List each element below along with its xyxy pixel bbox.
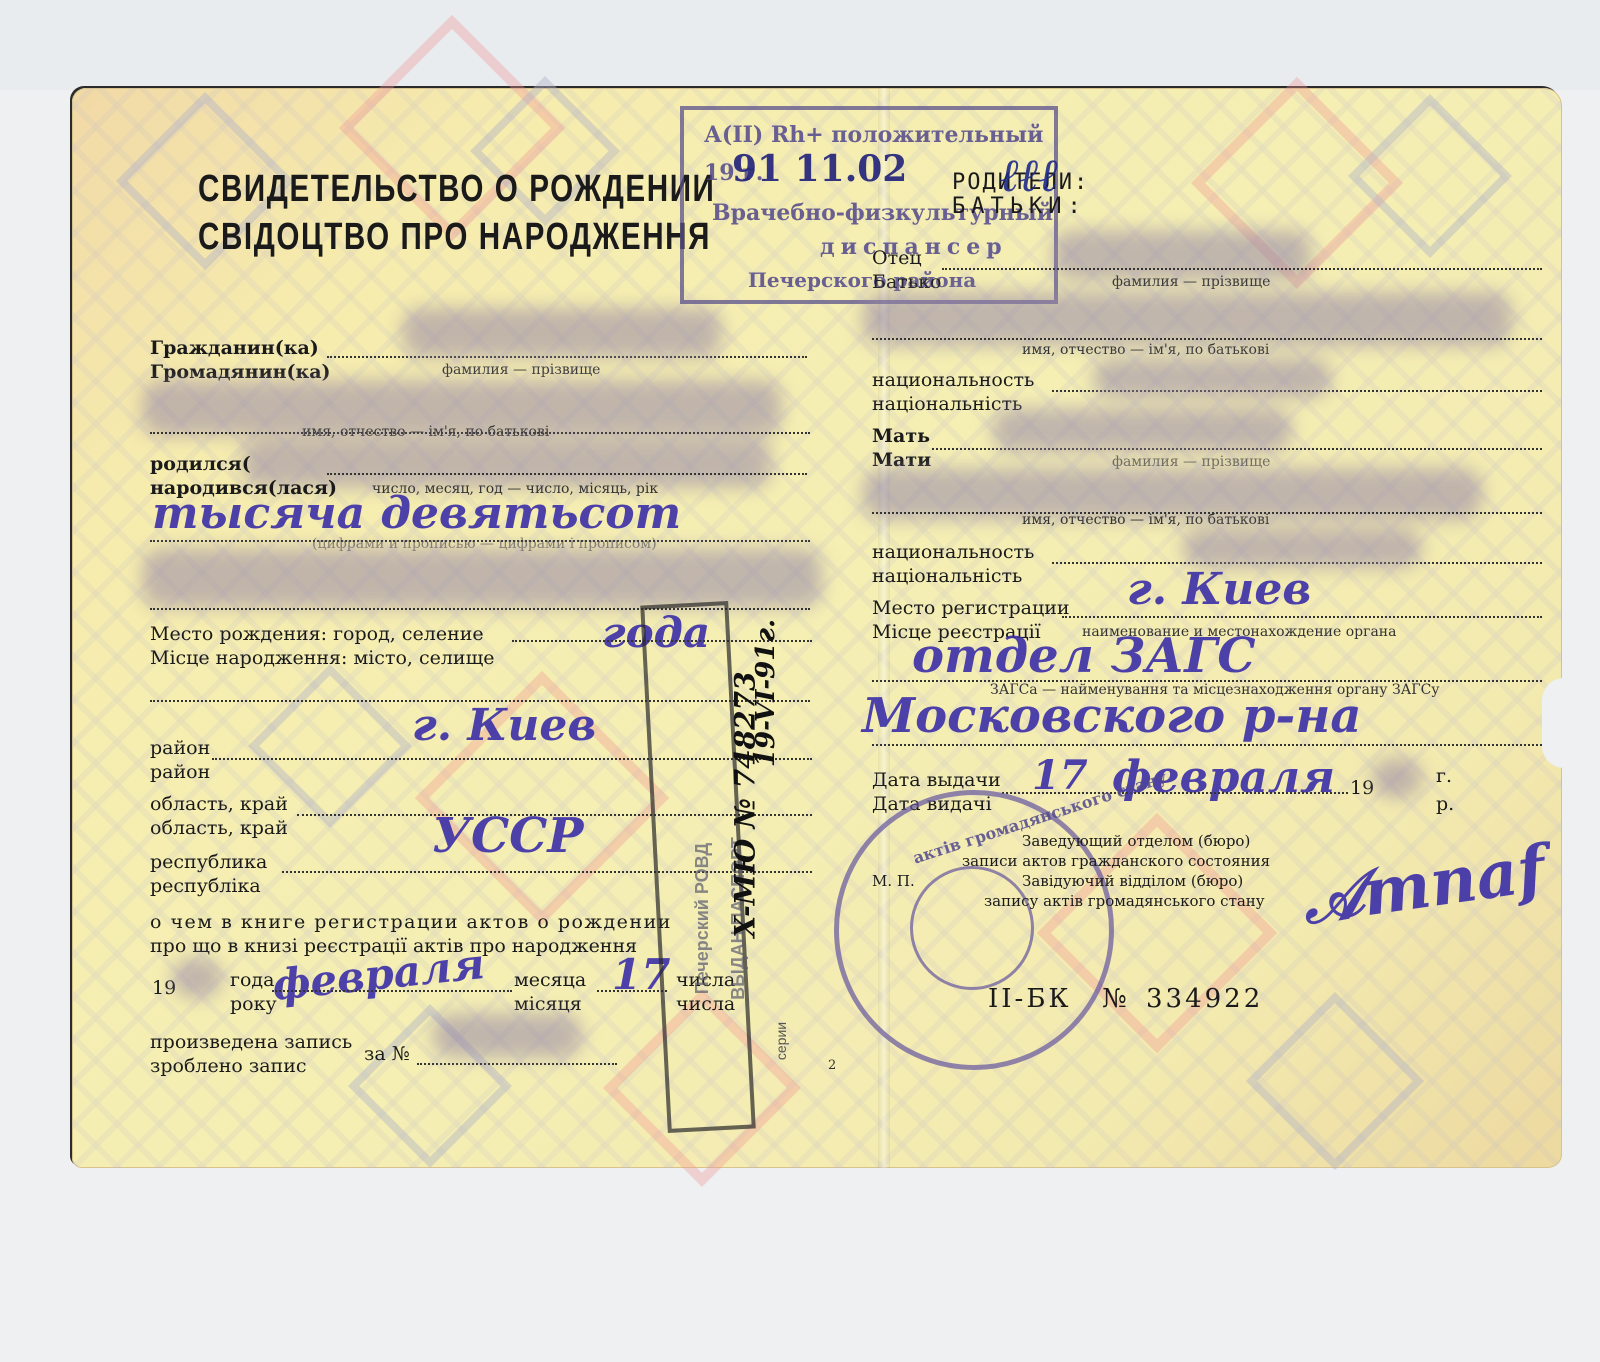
passport-series-label: серии	[773, 1022, 789, 1060]
mother-nationality-ru: национальность	[872, 540, 1034, 564]
mother-name-hint: имя, отчество — ім'я, по батькові	[1022, 512, 1269, 528]
head-title-uk-1: Завідуючий відділом (бюро)	[1022, 872, 1243, 890]
medical-date-handwritten: 91 11.02	[732, 148, 907, 190]
redacted-record-number	[432, 1013, 582, 1058]
head-title-ru-1: Заведующий отделом (бюро)	[1022, 832, 1250, 850]
year-abbr-uk: р.	[1436, 792, 1454, 816]
year-label-uk: року	[230, 992, 277, 1016]
scan-background	[0, 0, 1600, 90]
record-label-ru: произведена запись	[150, 1030, 352, 1054]
handwritten-city: г. Киев	[412, 700, 596, 751]
parents-signature: ℓℓℓ	[1000, 148, 1059, 202]
seal-place-label: М. П.	[872, 872, 915, 890]
passport-stamp-line1: Печерский РОВД	[692, 843, 713, 994]
issue-date-line	[1002, 792, 1348, 794]
redacted-mother-surname	[992, 408, 1292, 452]
district-label-uk: район	[150, 760, 210, 784]
issue-date-label-ru: Дата выдачи	[872, 768, 1001, 792]
reg-district-line	[872, 744, 1542, 746]
passport-date-handwritten: 19-VI-91г.	[751, 619, 781, 767]
serial-number-label: №	[1102, 984, 1130, 1014]
title-ru: СВИДЕТЕЛЬСТВО О РОЖДЕНИИ	[198, 168, 715, 211]
record-label-uk: зроблено запис	[150, 1054, 307, 1078]
redacted-year	[172, 958, 222, 998]
surname-hint: фамилия — прізвище	[442, 362, 600, 378]
republic-label-uk: республіка	[150, 874, 261, 898]
birthdate-line	[327, 473, 807, 475]
medical-stamp-line5: Печерского района	[748, 268, 976, 292]
redacted-surname	[402, 308, 722, 358]
citizen-label-ru: Гражданин(ка)	[150, 336, 319, 360]
mother-nationality-uk: національність	[872, 564, 1022, 588]
ornament	[1246, 992, 1424, 1170]
father-label-ru: Отец	[872, 246, 922, 270]
handwritten-reg-office: отдел ЗАГС	[912, 628, 1256, 684]
handwritten-date-words: тысяча девятьсот	[152, 488, 681, 539]
birth-certificate: СВИДЕТЕЛЬСТВО О РОЖДЕНИИ СВІДОЦТВО ПРО Н…	[72, 88, 1562, 1168]
serial-series: II-БК	[988, 984, 1072, 1014]
born-label-ru: родился(	[150, 452, 251, 476]
father-surname-hint: фамилия — прізвище	[1112, 274, 1270, 290]
book-text-ru: о чем в книге регистрации актов о рожден…	[150, 910, 672, 934]
region-label-ru: область, край	[150, 792, 288, 816]
ornament	[1348, 94, 1512, 258]
birthplace-label-ru: Место рождения: город, селение	[150, 622, 484, 646]
month-label-ru: месяца	[514, 968, 586, 992]
issue-year-prefix: 19	[1350, 776, 1374, 800]
redacted-father-nationality	[1092, 358, 1332, 398]
father-name-line	[872, 338, 1542, 340]
handwritten-reg-city: г. Киев	[1127, 564, 1311, 615]
father-surname-line	[942, 268, 1542, 270]
reg-place-label-ru: Место регистрации	[872, 596, 1070, 620]
birthplace-label-uk: Місце народження: місто, селище	[150, 646, 495, 670]
page-notch	[1542, 678, 1584, 768]
redacted-mother-nationality	[1182, 528, 1422, 568]
month-line	[272, 990, 512, 992]
page-mark: 2	[828, 1058, 836, 1073]
day-line	[597, 990, 667, 992]
handwritten-reg-district: Московского р-на	[862, 688, 1361, 744]
record-number-label: за №	[364, 1042, 410, 1066]
record-number-line	[417, 1063, 617, 1065]
title-uk: СВІДОЦТВО ПРО НАРОДЖЕННЯ	[198, 216, 711, 259]
handwritten-republic: УССР	[432, 808, 583, 864]
head-title-ru-2: записи актов гражданского состояния	[962, 852, 1270, 870]
year-label-ru: года	[230, 968, 274, 992]
year-abbr-ru: г.	[1436, 764, 1452, 788]
mother-label-ru: Мать	[872, 424, 930, 448]
father-name-hint: имя, отчество — ім'я, по батькові	[1022, 342, 1269, 358]
region-label-uk: область, край	[150, 816, 288, 840]
father-nationality-ru: национальность	[872, 368, 1034, 392]
father-label-uk: Батько	[872, 270, 941, 294]
serial-number: 334922	[1146, 984, 1263, 1014]
head-title-uk-2: запису актів громадянського стану	[984, 892, 1265, 910]
reg-place-line	[1062, 616, 1542, 618]
official-seal-inner	[910, 866, 1034, 990]
district-label-ru: район	[150, 736, 210, 760]
redacted-date-words	[142, 548, 822, 608]
redacted-father-surname	[1052, 230, 1312, 280]
redacted-issue-year	[1372, 758, 1422, 798]
medical-stamp-line1: А(II) Rh+ положительный	[704, 122, 1043, 148]
registrar-signature: 𝒜mnaf	[1298, 831, 1550, 939]
republic-label-ru: республика	[150, 850, 267, 874]
